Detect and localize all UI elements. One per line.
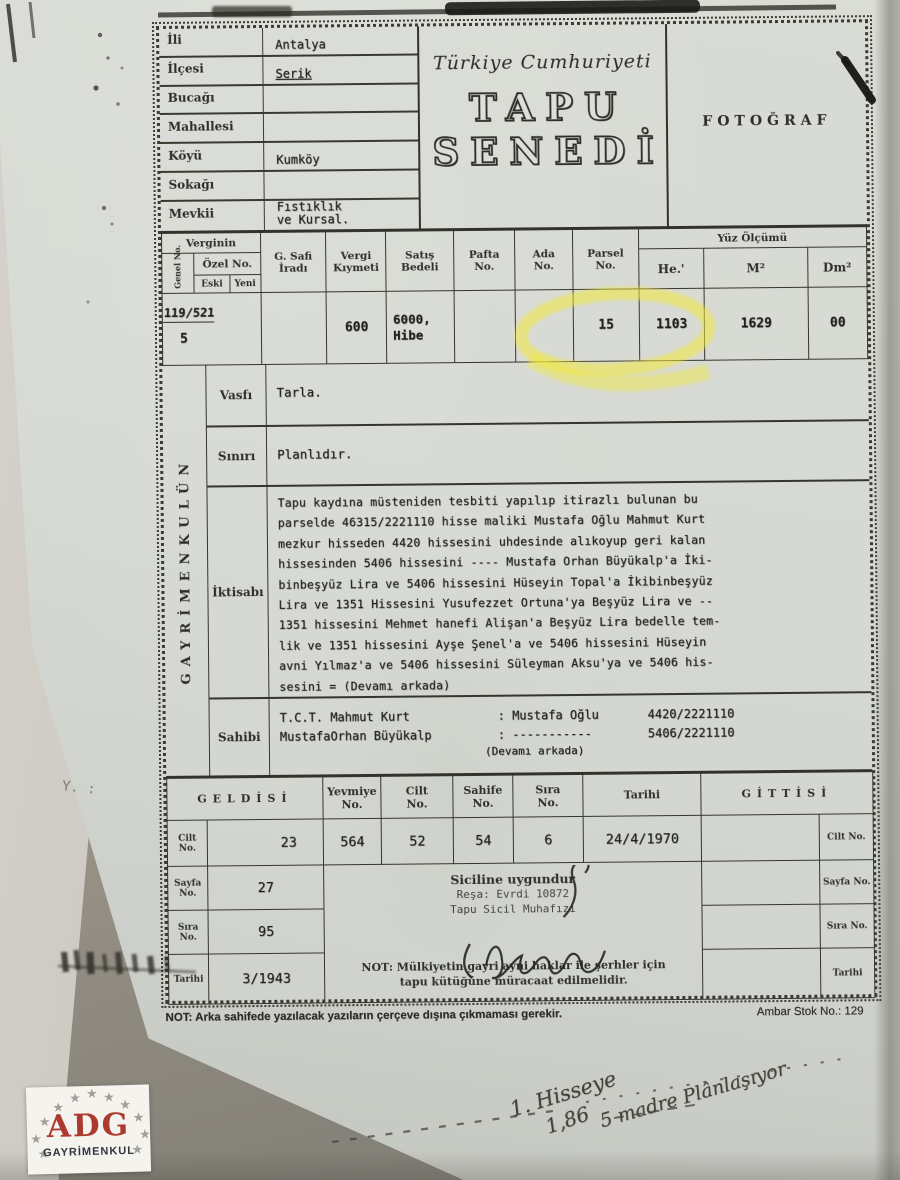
deed-title-line1: TAPU: [420, 84, 666, 130]
cell-gsafi: [261, 292, 327, 365]
cell-gittisi-sira: [702, 904, 820, 949]
deed-page: İli Antalya İlçesi Serik Bucağı Mahalles…: [156, 19, 880, 1024]
table-row: Köyü Kumköy: [160, 142, 418, 173]
property-section: GAYRİMENKULÜN Vasfı Tarla. Sınırı Planlı…: [162, 359, 872, 778]
cell-tarihi: 24/4/1970: [583, 815, 701, 862]
col-header-satis: Satış Bedeli: [386, 231, 454, 292]
col-header-genel: Genel No.: [162, 253, 195, 293]
cell-pafta-no: [454, 290, 516, 363]
field-value-bucagi: [264, 109, 276, 112]
col-header-sira: Sıra No.: [513, 774, 583, 817]
cell-dm2: 00: [808, 287, 868, 360]
field-label-sahibi: Sahibi: [209, 699, 270, 776]
cell-satis-bedeli: 6000, Hibe: [386, 291, 454, 364]
col-header-yeni: Yeni: [230, 275, 261, 293]
location-table: İli Antalya İlçesi Serik Bucağı Mahalles…: [159, 26, 419, 230]
row-label-sira-right: Sıra No.: [820, 904, 874, 949]
country-title: Türkiye Cumhuriyeti: [419, 50, 665, 74]
property-rows: Vasfı Tarla. Sınırı Planlıdır. İktisabı …: [206, 359, 872, 775]
field-label-iktisabi: İktisabı: [207, 487, 269, 698]
tax-parcel-table: Verginin G. Safi İradı Vergi Kıymeti Sat…: [161, 226, 868, 366]
field-value-siniri: Planlıdır.: [267, 421, 870, 485]
col-header-tarihi: Tarihi: [583, 773, 701, 816]
table-row: Mevkii Fıstıklık ve Kursal.: [161, 199, 419, 230]
row-label-cilt: Cilt No.: [167, 820, 207, 866]
row-siniri: Sınırı Planlıdır.: [207, 421, 870, 487]
photo-label: FOTOĞRAF: [668, 112, 866, 130]
cell-geldisi-tarihi: 3/1943: [208, 953, 324, 1004]
star-icon: ★: [69, 1091, 81, 1106]
side-label-gayrimenkulun: GAYRİMENKULÜN: [162, 366, 210, 776]
registrar-block: Siciline uygundur Reşa: Evrdi 10872 Tapu…: [324, 861, 703, 1003]
field-label-mahallesi: Mahallesi: [160, 114, 264, 142]
field-value-iktisabi: Tapu kaydına müsteniden tesbiti yapılıp …: [267, 481, 871, 697]
table-row: İli Antalya: [159, 26, 417, 57]
stock-number: Ambar Stok No.: 129: [757, 1005, 864, 1018]
col-header-gsafi: G. Safi İradı: [260, 232, 326, 293]
row-label-sira: Sıra No.: [168, 910, 208, 954]
photo-box: FOTOĞRAF: [667, 22, 867, 226]
scanned-deed-photo: İli Antalya İlçesi Serik Bucağı Mahalles…: [0, 0, 900, 1180]
margin-mark: Y. :: [61, 778, 96, 797]
field-label-koyu: Köyü: [160, 143, 264, 171]
cell-genel-no: 119/521 5: [162, 293, 261, 366]
page-edge-shadow: [874, 0, 900, 1180]
col-header-eski: Eski: [194, 275, 229, 293]
cell-m2: 1629: [704, 287, 808, 360]
row-vasfi: Vasfı Tarla.: [206, 359, 869, 427]
cell-gittisi-sayfa: [702, 860, 820, 905]
star-icon: ★: [103, 1090, 115, 1105]
col-header-vergi: Vergi Kıymeti: [326, 231, 386, 292]
col-header-sahife: Sahife No.: [453, 775, 513, 818]
cell-gittisi-tarihi: [702, 948, 820, 999]
field-label-vasfi: Vasfı: [206, 365, 267, 426]
row-label-tarihi-right: Tarihi: [820, 948, 874, 999]
cell-yevmiye: 564: [323, 818, 381, 865]
cell-hektar: 1103: [639, 288, 705, 361]
ledger-note: NOT: Mülkiyetin gayri ayni haklar ile şe…: [325, 957, 702, 991]
col-header-ozel: Özel No.: [194, 253, 260, 276]
form-header-section: İli Antalya İlçesi Serik Bucağı Mahalles…: [159, 22, 867, 233]
row-label-sayfa-right: Sayfa No.: [820, 860, 874, 905]
registrar-title: Tapu Sicil Muhafızı: [324, 900, 701, 919]
ledger-table: GELDİSİ Yevmiye No. Cilt No. Sahife No. …: [166, 771, 875, 1005]
cell-vergi-kiymeti: 600: [326, 291, 387, 364]
col-header-gittisi: GİTTİSİ: [701, 772, 873, 816]
table-row: Mahallesi: [160, 113, 418, 144]
field-value-mahallesi: [264, 138, 276, 141]
cell-geldisi-sayfa: 27: [208, 865, 324, 910]
cell-geldisi-sira: 95: [208, 909, 324, 954]
field-value-vasfi: Tarla.: [266, 359, 869, 425]
col-header-dm2: Dm²: [807, 247, 867, 288]
col-header-pafta: Pafta No.: [453, 230, 515, 291]
row-label-cilt-right: Cilt No.: [819, 814, 873, 861]
col-header-cilt: Cilt No.: [381, 776, 453, 819]
field-label-ili: İli: [159, 28, 263, 56]
deed-title-block: Türkiye Cumhuriyeti TAPU SENEDİ: [417, 24, 669, 228]
field-label-sokagi: Sokağı: [160, 172, 264, 200]
cell-ada-no: [515, 290, 573, 363]
col-header-parsel: Parsel No.: [572, 229, 638, 290]
field-value-mevkii: Fıstıklık ve Kursal.: [265, 200, 350, 230]
row-label-tarihi: Tarihi: [168, 954, 208, 1004]
deed-title-line2: SENEDİ: [420, 128, 666, 174]
row-iktisabi: İktisabı Tapu kaydına müsteniden tesbiti…: [207, 481, 871, 699]
agency-logo: ★ ★ ★ ★ ★ ★ ★ ★ ★ ★ ★ ADG GAYRİMENKUL: [26, 1084, 151, 1174]
field-label-ilcesi: İlçesi: [159, 57, 263, 85]
row-label-sayfa: Sayfa No.: [168, 866, 208, 910]
table-row: Bucağı: [160, 84, 418, 115]
field-label-bucagi: Bucağı: [160, 86, 264, 114]
deed-form: İli Antalya İlçesi Serik Bucağı Mahalles…: [156, 19, 877, 1004]
field-value-ilcesi: Serik: [263, 67, 311, 83]
field-value-sokagi: [265, 196, 277, 199]
cell-geldisi-cilt: 23: [207, 819, 323, 866]
cell-cilt-no: 52: [381, 818, 453, 865]
field-label-siniri: Sınırı: [207, 427, 268, 486]
cell-sahife-no: 54: [453, 817, 513, 864]
table-row: Sokağı: [160, 171, 418, 202]
field-value-sahibi: T.C.T. Mahmut Kurt : Mustafa Oğlu 4420/2…: [269, 693, 872, 775]
col-header-yevmiye: Yevmiye No.: [323, 776, 381, 819]
field-label-mevkii: Mevkii: [161, 201, 265, 231]
col-header-he: He.': [638, 248, 704, 289]
field-value-ili: Antalya: [263, 38, 326, 55]
field-value-koyu: Kumköy: [264, 154, 320, 171]
row-sahibi: Sahibi T.C.T. Mahmut Kurt : Mustafa Oğlu…: [209, 693, 872, 775]
cell-sira-no: 6: [513, 816, 583, 863]
logo-text: ADG: [26, 1106, 150, 1145]
cell-parsel-no: 15: [573, 289, 639, 362]
col-header-yuzolcumu: Yüz Ölçümü: [638, 227, 867, 249]
star-icon: ★: [86, 1087, 98, 1102]
table-row: İlçesi Serik: [159, 55, 417, 86]
col-header-geldisi: GELDİSİ: [167, 777, 323, 820]
cell-gittisi-cilt: [701, 814, 819, 861]
col-header-ada: Ada No.: [515, 230, 573, 291]
col-header-m2: M²: [704, 247, 808, 288]
